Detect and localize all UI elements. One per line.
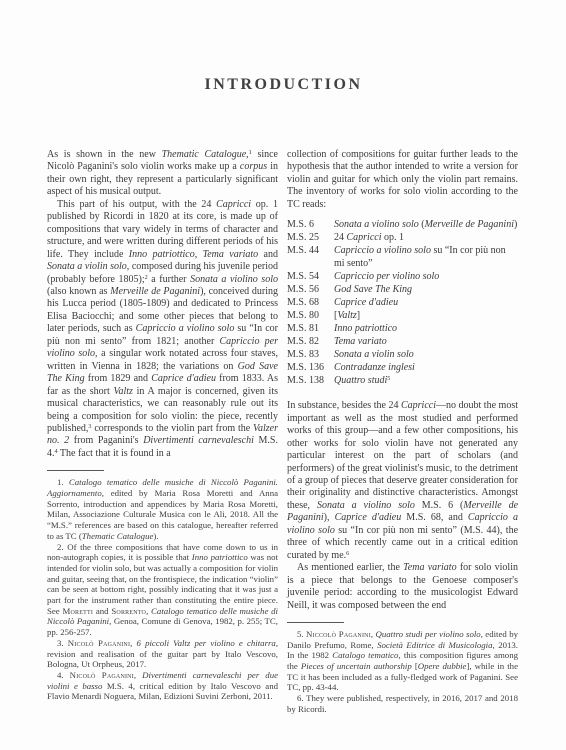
ms-number: M.S. 44 — [287, 244, 334, 270]
list-item: M.S. 80 [Valtz] — [287, 309, 518, 322]
page-title: INTRODUCTION — [47, 76, 520, 94]
ms-number: M.S. 54 — [287, 270, 334, 283]
ms-number: M.S. 136 — [287, 361, 334, 374]
ms-work-title: Inno patriottico — [334, 322, 518, 335]
ms-work-title: God Save The King — [334, 283, 518, 296]
list-item: M.S. 56 God Save The King — [287, 283, 518, 296]
footnote-separator — [47, 470, 104, 471]
list-item: M.S. 6 Sonata a violino solo (Merveille … — [287, 218, 518, 231]
ms-work-title: Sonata a violino solo (Merveille de Paga… — [334, 218, 518, 231]
ms-work-title: [Valtz] — [334, 309, 518, 322]
ms-number: M.S. 25 — [287, 231, 334, 244]
list-item: M.S. 138 Quattro studi5 — [287, 374, 518, 387]
list-item: M.S. 25 24 Capricci op. 1 — [287, 231, 518, 244]
list-item: M.S. 136 Contradanze inglesi — [287, 361, 518, 374]
footnote-4: 4. Nicolò Paganini, Divertimenti carneva… — [47, 670, 278, 702]
ms-work-title: Sonata a violin solo — [334, 348, 518, 361]
paragraph-intro: As is shown in the new Thematic Catalogu… — [47, 149, 278, 199]
ms-number: M.S. 56 — [287, 283, 334, 296]
list-item: M.S. 81 Inno patriottico — [287, 322, 518, 335]
list-item: M.S. 44 Capriccio a violino solo su “In … — [287, 244, 518, 270]
ms-number: M.S. 83 — [287, 348, 334, 361]
footnote-3: 3. Nicolò Paganini, 6 piccoli Valtz per … — [47, 638, 278, 670]
ms-inventory-list: M.S. 6 Sonata a violino solo (Merveille … — [287, 218, 518, 387]
ms-work-title: 24 Capricci op. 1 — [334, 231, 518, 244]
footnote-separator — [287, 622, 344, 623]
right-footnotes: 5. Niccolò Paganini, Quattro studi per v… — [287, 622, 518, 715]
list-item: M.S. 82 Tema variato — [287, 335, 518, 348]
ms-work-title: Capriccio a violino solo su “In cor più … — [334, 244, 518, 270]
ms-number: M.S. 81 — [287, 322, 334, 335]
list-item: M.S. 68 Caprice d'adieu — [287, 296, 518, 309]
left-footnotes: 1. Catalogo tematico delle musiche di Ni… — [47, 470, 278, 702]
ms-number: M.S. 80 — [287, 309, 334, 322]
ms-number: M.S. 138 — [287, 374, 334, 387]
ms-number: M.S. 68 — [287, 296, 334, 309]
ms-work-title: Tema variato — [334, 335, 518, 348]
footnote-5: 5. Niccolò Paganini, Quattro studi per v… — [287, 629, 518, 693]
list-item: M.S. 54 Capriccio per violino solo — [287, 270, 518, 283]
ms-number: M.S. 82 — [287, 335, 334, 348]
ms-work-title: Capriccio per violino solo — [334, 270, 518, 283]
left-column: As is shown in the new Thematic Catalogu… — [47, 149, 278, 715]
paragraph-continuation: collection of compositions for guitar fu… — [287, 149, 518, 211]
footnote-6: 6. They were published, respectively, in… — [287, 693, 518, 714]
footnote-1: 1. Catalogo tematico delle musiche di Ni… — [47, 477, 278, 541]
right-column: collection of compositions for guitar fu… — [287, 149, 518, 715]
list-item: M.S. 83 Sonata a violin solo — [287, 348, 518, 361]
ms-work-title: Quattro studi5 — [334, 374, 518, 387]
ms-work-title: Caprice d'adieu — [334, 296, 518, 309]
text-columns: As is shown in the new Thematic Catalogu… — [47, 149, 520, 715]
footnote-2: 2. Of the three compositions that have c… — [47, 542, 278, 638]
ms-number: M.S. 6 — [287, 218, 334, 231]
paragraph-tema-variato: As mentioned earlier, the Tema variato f… — [287, 562, 518, 612]
paragraph-output-overview: This part of his output, with the 24 Cap… — [47, 199, 278, 461]
book-page: INTRODUCTION As is shown in the new Them… — [0, 0, 566, 750]
ms-work-title: Contradanze inglesi — [334, 361, 518, 374]
paragraph-discussion: In substance, besides the 24 Capricci—no… — [287, 400, 518, 562]
